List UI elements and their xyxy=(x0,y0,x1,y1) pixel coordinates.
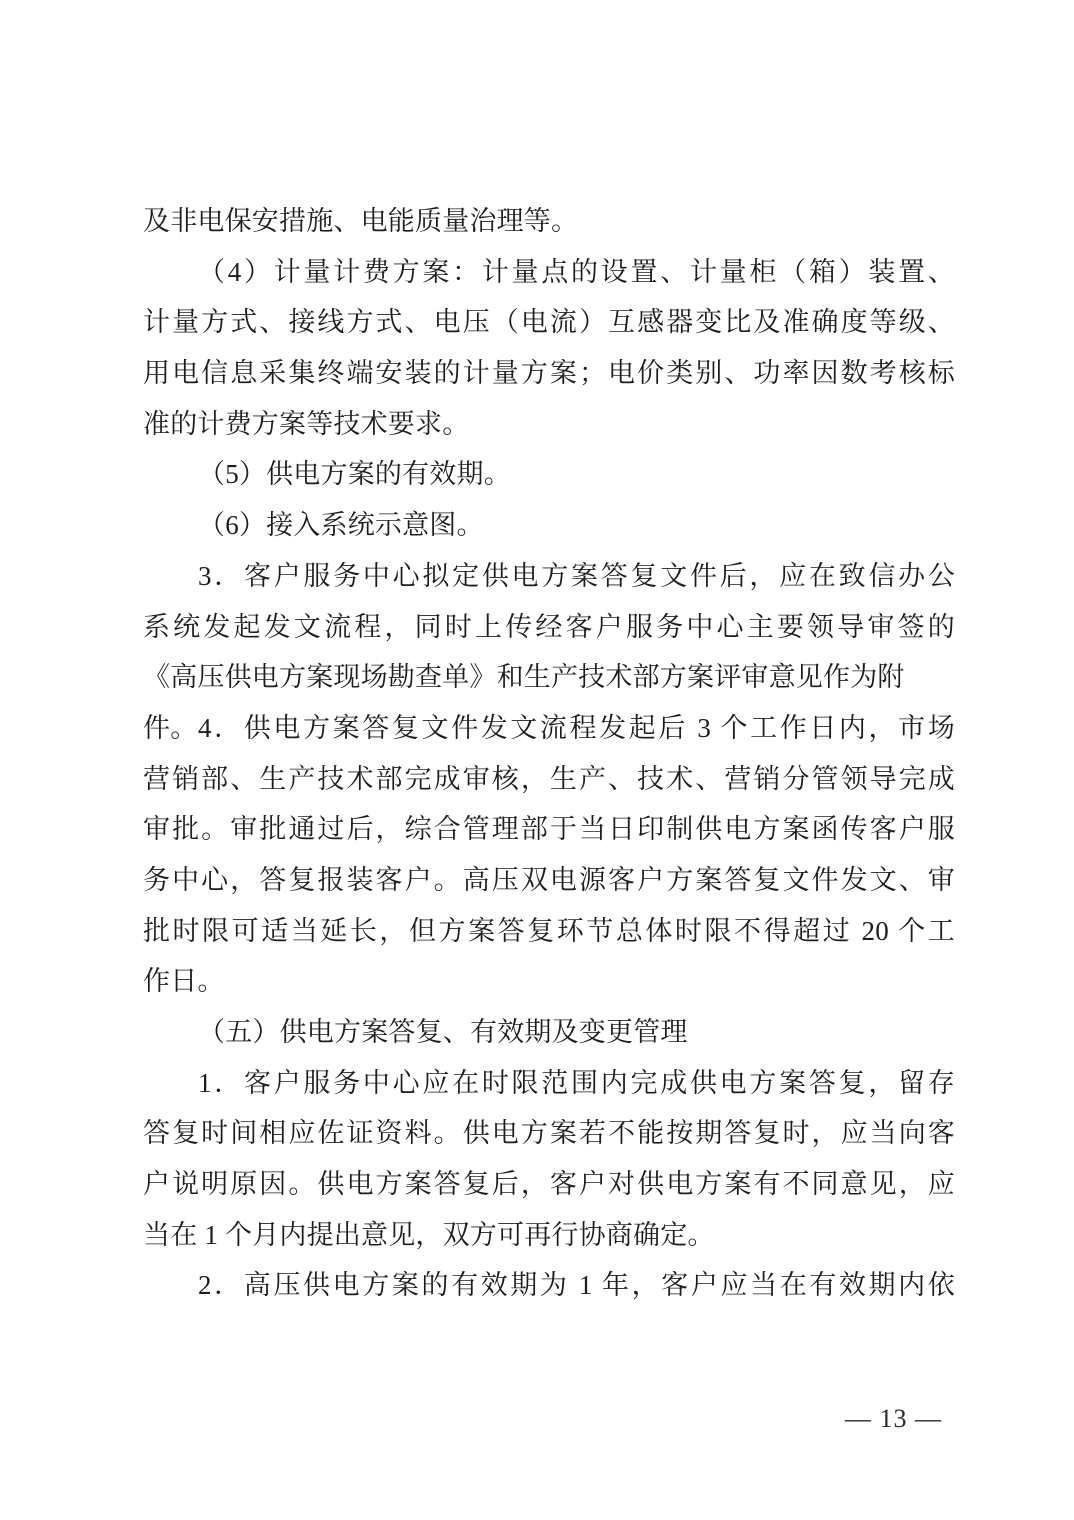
text-line: 营销部、生产技术部完成审核，生产、技术、营销分管领导完成 xyxy=(143,754,955,805)
text-line: （4）计量计费方案：计量点的设置、计量柜（箱）装置、 xyxy=(143,247,955,298)
text-line: （6）接入系统示意图。 xyxy=(143,500,955,551)
text-line: 务中心，答复报装客户。高压双电源客户方案答复文件发文、审 xyxy=(143,855,955,906)
paragraph: 3．客户服务中心拟定供电方案答复文件后，应在致信办公系统发起发文流程，同时上传经… xyxy=(143,551,955,703)
text-line: 审批。审批通过后，综合管理部于当日印制供电方案函传客户服 xyxy=(143,804,955,855)
text-line: （5）供电方案的有效期。 xyxy=(143,449,955,500)
paragraph: （6）接入系统示意图。 xyxy=(143,500,955,551)
paragraph: （五）供电方案答复、有效期及变更管理 xyxy=(143,1007,955,1058)
paragraph: 2．高压供电方案的有效期为 1 年，客户应当在有效期内依 xyxy=(143,1260,955,1311)
text-line: 作日。 xyxy=(143,956,955,1007)
text-line: 及非电保安措施、电能质量治理等。 xyxy=(143,196,955,247)
page-footer: — 13 — xyxy=(845,1402,942,1436)
text-line: 4．供电方案答复文件发文流程发起后 3 个工作日内，市场 xyxy=(143,703,955,754)
text-line: 2．高压供电方案的有效期为 1 年，客户应当在有效期内依 xyxy=(143,1260,955,1311)
text-line: 1．客户服务中心应在时限范围内完成供电方案答复，留存 xyxy=(143,1058,955,1109)
text-line: 用电信息采集终端安装的计量方案；电价类别、功率因数考核标 xyxy=(143,348,955,399)
text-line: 当在 1 个月内提出意见，双方可再行协商确定。 xyxy=(143,1210,955,1261)
text-line: 准的计费方案等技术要求。 xyxy=(143,399,955,450)
text-line: 系统发起发文流程，同时上传经客户服务中心主要领导审签的 xyxy=(143,602,955,653)
document-page: 及非电保安措施、电能质量治理等。（4）计量计费方案：计量点的设置、计量柜（箱）装… xyxy=(0,0,1074,1520)
paragraph: 1．客户服务中心应在时限范围内完成供电方案答复，留存答复时间相应佐证资料。供电方… xyxy=(143,1058,955,1261)
paragraph: 4．供电方案答复文件发文流程发起后 3 个工作日内，市场营销部、生产技术部完成审… xyxy=(143,703,955,1007)
paragraph: 及非电保安措施、电能质量治理等。 xyxy=(143,196,955,247)
text-line: 计量方式、接线方式、电压（电流）互感器变比及准确度等级、 xyxy=(143,297,955,348)
paragraph: （4）计量计费方案：计量点的设置、计量柜（箱）装置、计量方式、接线方式、电压（电… xyxy=(143,247,955,450)
text-line: 答复时间相应佐证资料。供电方案若不能按期答复时，应当向客 xyxy=(143,1108,955,1159)
document-body: 及非电保安措施、电能质量治理等。（4）计量计费方案：计量点的设置、计量柜（箱）装… xyxy=(143,196,955,1311)
text-line: 户说明原因。供电方案答复后，客户对供电方案有不同意见，应 xyxy=(143,1159,955,1210)
page-number: — 13 — xyxy=(845,1404,942,1433)
text-line: 批时限可适当延长，但方案答复环节总体时限不得超过 20 个工 xyxy=(143,906,955,957)
text-line: 3．客户服务中心拟定供电方案答复文件后，应在致信办公 xyxy=(143,551,955,602)
text-line: 《高压供电方案现场勘查单》和生产技术部方案评审意见作为附件。 xyxy=(143,652,955,703)
paragraph: （5）供电方案的有效期。 xyxy=(143,449,955,500)
text-line: （五）供电方案答复、有效期及变更管理 xyxy=(143,1007,955,1058)
